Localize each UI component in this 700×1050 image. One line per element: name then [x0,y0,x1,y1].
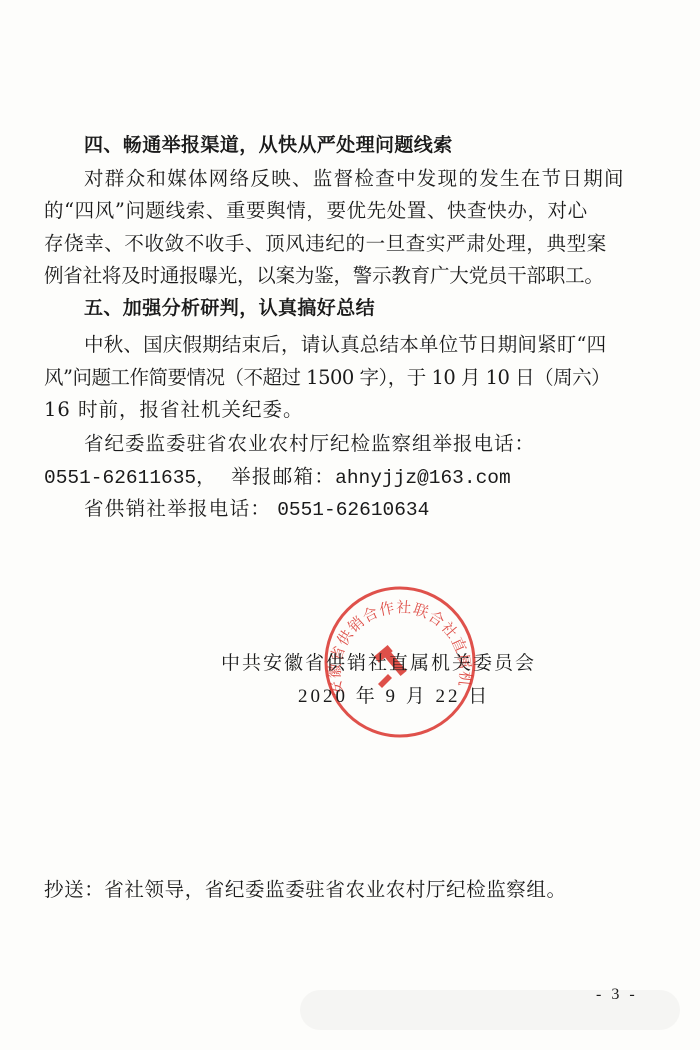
section-heading-5: 五、加强分析研判，认真搞好总结 [84,296,375,320]
contact-line-coop: 省供销社举报电话：0551-62610634 [84,497,429,522]
phone-number: 0551-62611635， [44,467,216,489]
paragraph-line: 存侥幸、不收敛不收手、顶风违纪的一旦查实严肃处理，典型案 [44,232,607,256]
paragraph-line: 中秋、国庆假期结束后，请认真总结本单位节日期间紧盯“四 [84,333,606,357]
email-label: 举报邮箱： [231,465,335,488]
contact-line-phone-email: 0551-62611635， 举报邮箱：ahnyjjz@163.com [44,465,511,490]
section-heading-4: 四、畅通举报渠道，从快从严处理问题线索 [84,133,453,157]
phone-number: 0551-62610634 [277,499,429,521]
issuing-organization: 中共安徽省供销社直属机关委员会 [221,648,536,675]
paragraph-line: 对群众和媒体网络反映、监督检查中发现的发生在节日期间 [84,167,625,191]
paragraph-line: 16 时前，报省社机关纪委。 [44,398,304,422]
contact-line-discipline: 省纪委监委驻省农业农村厅纪检监察组举报电话： [84,432,535,456]
page-number: - 3 - [596,986,638,1004]
paragraph-line: 的“四风”问题线索、重要舆情，要优先处置、快查快办，对心 [44,199,588,223]
coop-label: 省供销社举报电话： [84,497,271,520]
paragraph-line: 例省社将及时通报曝光，以案为鉴，警示教育广大党员干部职工。 [44,264,604,288]
paragraph-line: 风”问题工作简要情况（不超过 1500 字），于 10 月 10 日（周六） [44,366,610,390]
issue-date: 2020 年 9 月 22 日 [298,681,490,708]
email-address: ahnyjjz@163.com [335,467,511,489]
cc-line: 抄送：省社领导，省纪委监委驻省农业农村厅纪检监察组。 [44,878,567,902]
